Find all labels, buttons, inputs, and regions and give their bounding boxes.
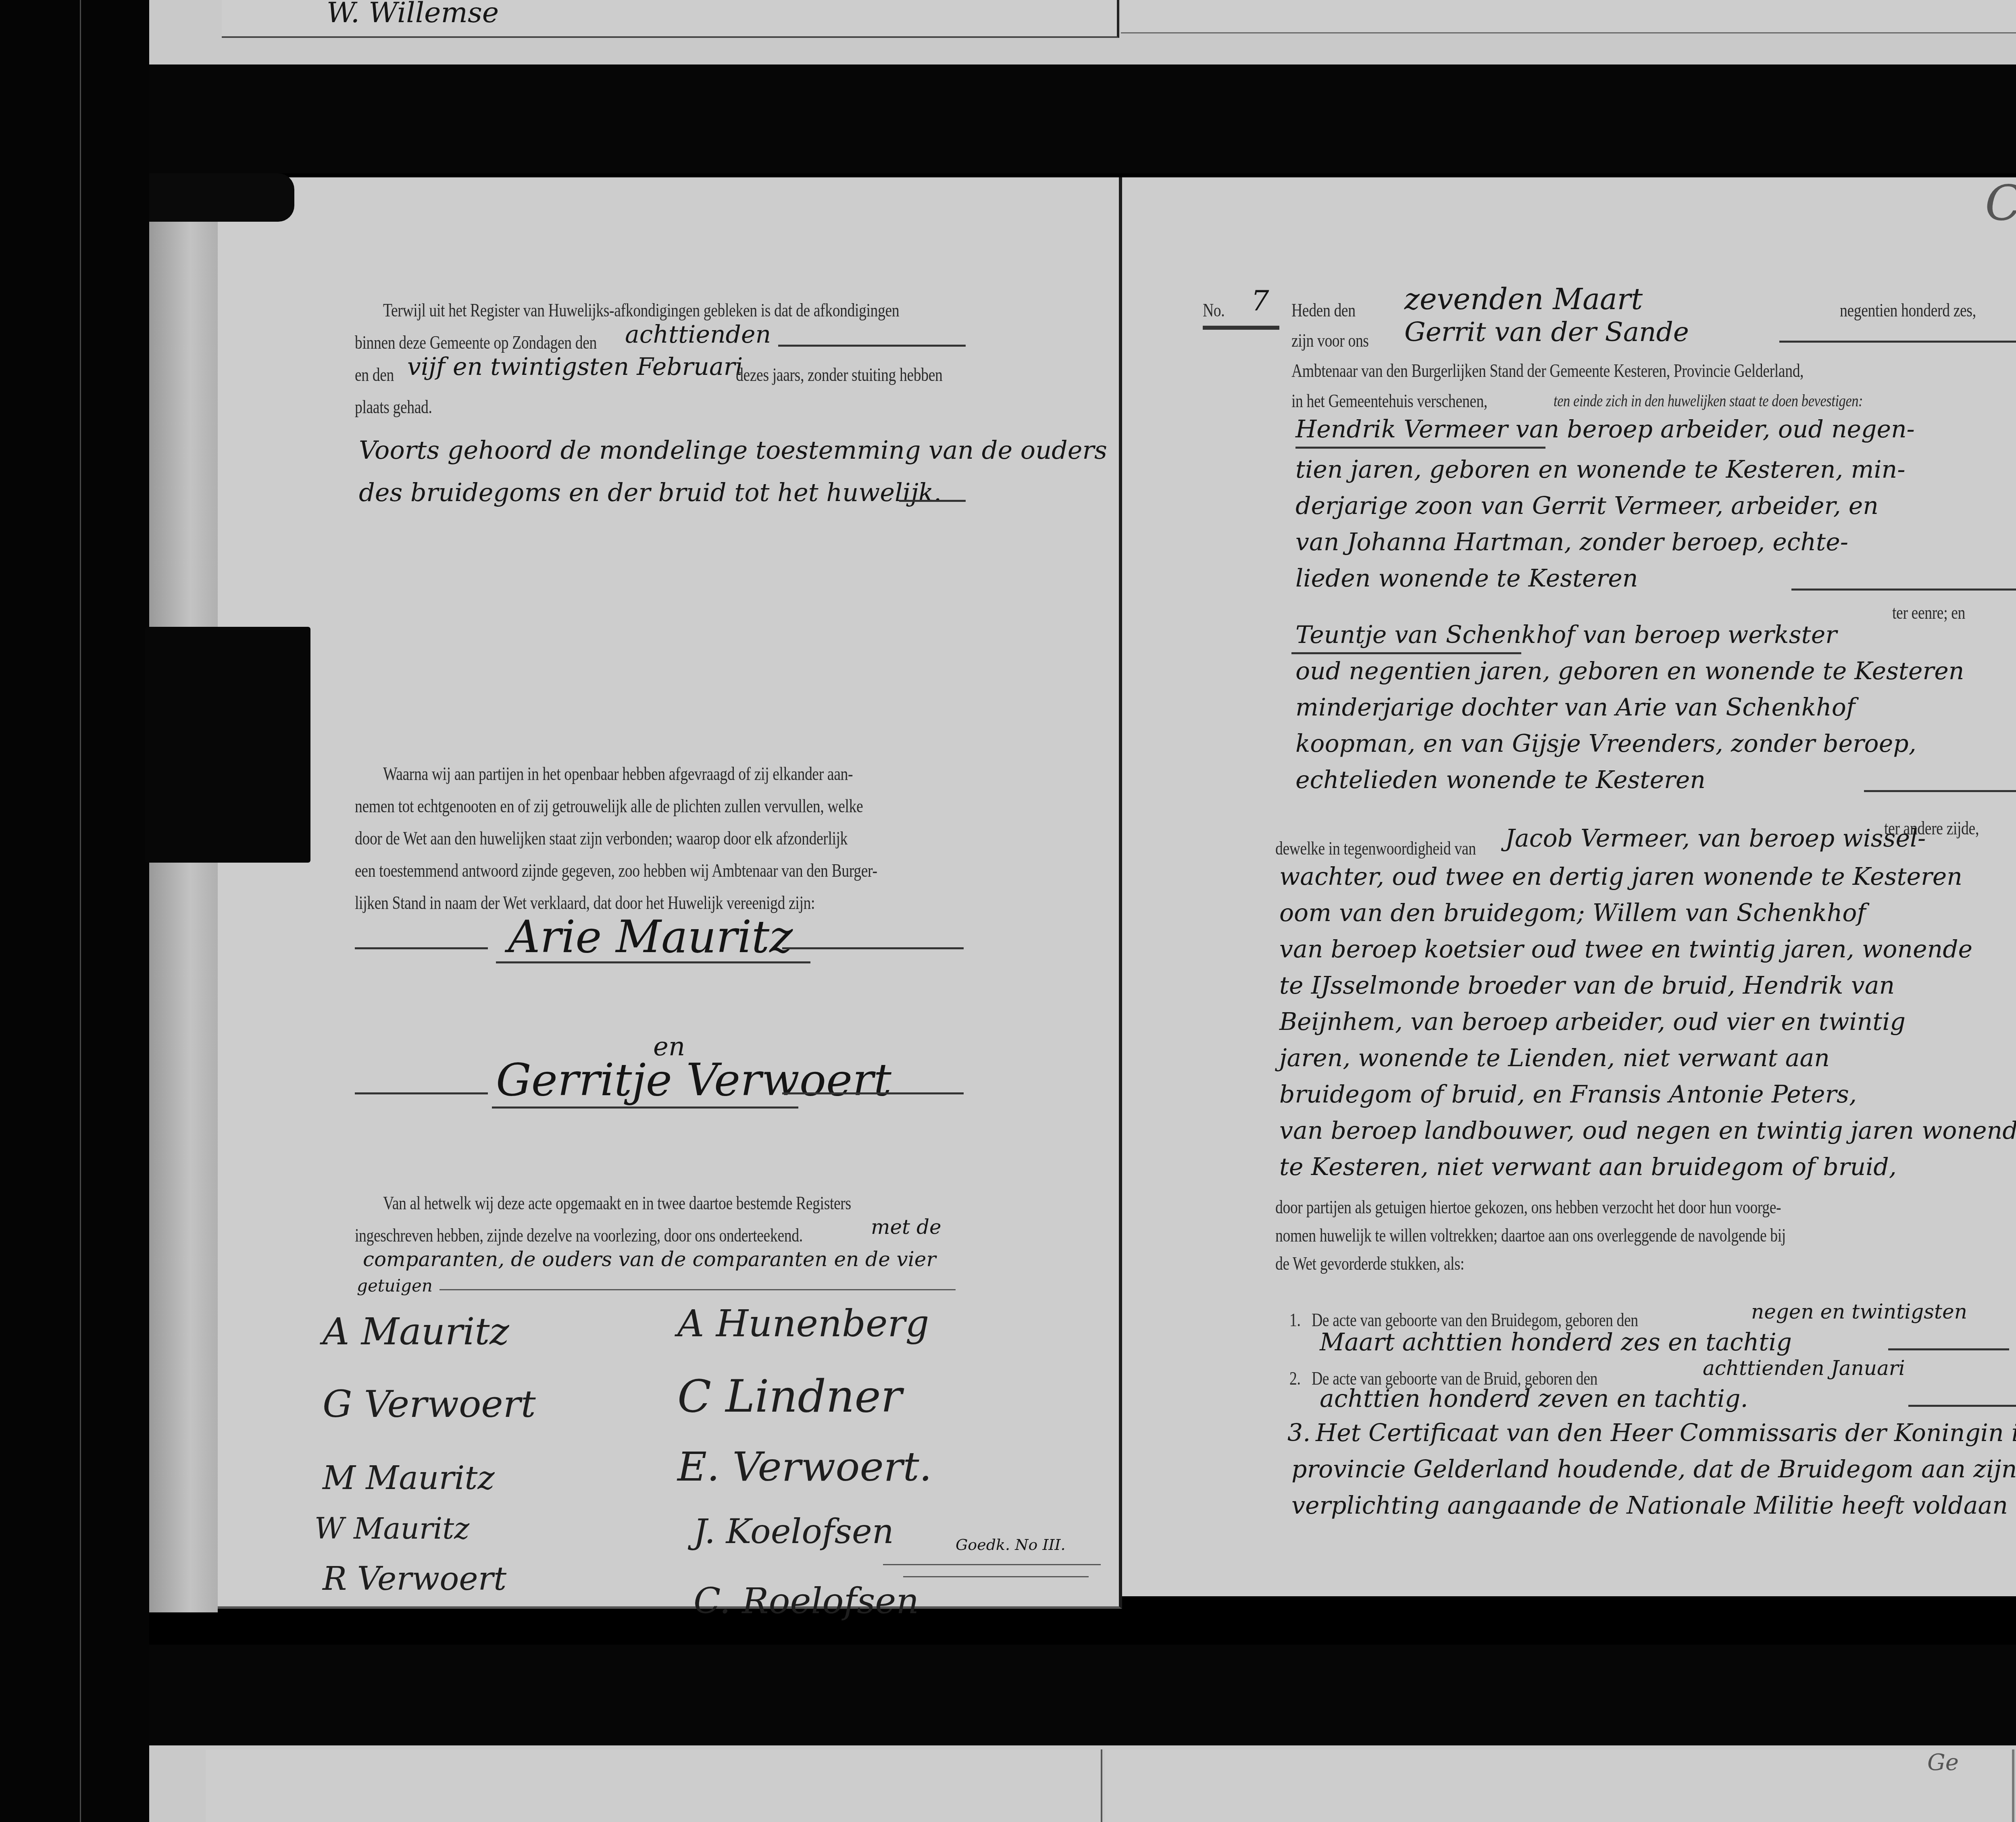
proclamation-date-1: achttienden	[625, 320, 771, 349]
groom-line-1: Hendrik Vermeer van beroep arbeider, oud…	[1295, 415, 1915, 443]
ter-eenre: ter eenre; en	[1892, 597, 1965, 629]
heading-line-1-prefix: Heden den	[1291, 294, 1356, 327]
witness-line-5: te IJsselmonde broeder van de bruid, Hen…	[1279, 971, 1895, 1000]
witness-line-4: van beroep koetsier oud twee en twintig …	[1279, 935, 1972, 963]
name-rule-left	[355, 947, 488, 949]
act-number-underline	[1203, 326, 1279, 330]
bride-name: Gerritje Verwoert	[496, 1054, 891, 1106]
fill-line	[1779, 341, 2016, 343]
heading-line-3: Ambtenaar van den Burgerlijken Stand der…	[1291, 355, 1804, 387]
declaration-line-1: Waarna wij aan partijen in het openbaar …	[383, 758, 853, 790]
closing-hand-1: met de	[871, 1215, 941, 1239]
signature-witness-4: J. Koelofsen	[694, 1512, 894, 1551]
witness-line-6: Beijnhem, van beroep arbeider, oud vier …	[1279, 1008, 1906, 1036]
groom-name: Arie Mauritz	[508, 911, 793, 963]
bride-line-2: oud negentien jaren, geboren en wonende …	[1295, 657, 1964, 685]
name-rule-right	[782, 1092, 964, 1094]
witness-intro: dewelke in tegenwoordigheid van	[1275, 832, 1476, 865]
frame-separator-top	[149, 64, 2016, 173]
act-number-label: No.	[1203, 294, 1225, 327]
name-rule-right	[782, 947, 964, 949]
request-line-3: de Wet gevorderde stukken, als:	[1275, 1248, 1464, 1280]
name-underline	[496, 961, 810, 963]
witness-line-2: wachter, oud twee en dertig jaren wonend…	[1279, 863, 1962, 891]
closing-hand-3: getuigen	[357, 1276, 433, 1296]
name-underline	[492, 1107, 798, 1109]
signature-official: C. Roelofsen	[694, 1580, 919, 1622]
heading-line-1-suffix: negentien honderd zes,	[1840, 294, 1976, 327]
civil-officer-name: Gerrit van der Sande	[1404, 316, 1689, 347]
witness-line-1: Jacob Vermeer, van beroep wissel-	[1505, 824, 1926, 853]
document-2-number: 2.	[1289, 1362, 1300, 1395]
bride-line-3: minderjarige dochter van Arie van Schenk…	[1295, 693, 1855, 722]
signature-parent-3: R Verwoert	[323, 1560, 506, 1597]
document-3-hand-1: Het Certificaat van den Heer Commissaris…	[1316, 1419, 2016, 1447]
heading-line-2-prefix: zijn voor ons	[1291, 324, 1369, 357]
act-number: 7	[1251, 284, 1269, 317]
previous-frame-strip: W. Willemse	[149, 0, 2016, 64]
document-2-hand-2: achttien honderd zeven en tachtig.	[1320, 1385, 1748, 1413]
closing-hand-2: comparanten, de ouders van de comparante…	[363, 1248, 936, 1271]
book-binding	[149, 177, 218, 1612]
fill-line	[778, 345, 966, 347]
film-edge-line	[80, 0, 81, 1822]
previous-right-page	[1121, 0, 2016, 33]
fill-line	[1864, 790, 2016, 792]
groom-name-underline	[1295, 447, 1545, 449]
groom-line-2: tien jaren, geboren en wonende te Kester…	[1295, 455, 1906, 484]
closing-line-1: Van al hetwelk wij deze acte opgemaakt e…	[383, 1187, 851, 1219]
signature-groom: A Mauritz	[323, 1310, 509, 1353]
binding-tab	[145, 627, 310, 863]
heading-line-4-italic: ten einde zich in den huwelijken staat t…	[1554, 385, 1863, 417]
name-rule-left	[355, 1092, 488, 1094]
witness-line-3: oom van den bruidegom; Willem van Schenk…	[1279, 899, 1866, 927]
proclamation-line-3-suffix: dezes jaars, zonder stuiting hebben	[736, 359, 943, 391]
signature-bride: G Verwoert	[323, 1383, 536, 1426]
declaration-line-3: door de Wet aan den huwelijken staat zij…	[355, 822, 848, 855]
groom-line-4: van Johanna Hartman, zonder beroep, echt…	[1295, 528, 1848, 556]
document-3-number: 3.	[1287, 1419, 1310, 1447]
previous-signature: W. Willemse	[327, 0, 499, 29]
document-3-hand-3: verplichting aangaande de Nationale Mili…	[1291, 1491, 2008, 1520]
previous-left-page: W. Willemse	[222, 0, 1119, 38]
signature-witness-1: A Hunenberg	[677, 1302, 929, 1345]
flourish-line	[883, 1564, 1101, 1565]
bride-name-underline	[1291, 652, 1521, 654]
right-page: C No. 7 Heden den zevenden Maart negenti…	[1122, 177, 2016, 1596]
fill-line	[439, 1289, 956, 1290]
proclamation-date-2: vijf en twintigsten Februari	[407, 353, 743, 381]
witness-line-9: van beroep landbouwer, oud negen en twin…	[1279, 1117, 2016, 1145]
margin-note: Goedk. No III.	[956, 1536, 1066, 1554]
corner-mark: C	[1985, 175, 2016, 231]
fill-line	[1791, 589, 2016, 591]
declaration-line-4: een toestemmend antwoord zijnde gegeven,…	[355, 855, 877, 887]
document-3-hand-2: provincie Gelderland houdende, dat de Br…	[1291, 1455, 2016, 1483]
document-1-hand-1: negen en twintigsten	[1751, 1300, 1967, 1323]
bride-line-5: echtelieden wonende te Kesteren	[1295, 766, 1706, 794]
signature-witness-2: C Lindner	[677, 1371, 902, 1422]
marriage-date: zevenden Maart	[1404, 282, 1643, 316]
bride-line-4: koopman, en van Gijsje Vreenders, zonder…	[1295, 730, 1916, 758]
groom-line-5: lieden wonende te Kesteren	[1295, 564, 1638, 593]
bride-line-1: Teuntje van Schenkhof van beroep werkste…	[1295, 621, 1837, 649]
witness-line-8: bruidegom of bruid, en Fransis Antonie P…	[1279, 1080, 1857, 1109]
document-2-hand-1: achttienden Januari	[1703, 1356, 1905, 1380]
heading-line-4-prefix: in het Gemeentehuis verschenen,	[1291, 385, 1487, 417]
next-right-page: Ge	[1105, 1749, 2014, 1822]
request-line-1: door partijen als getuigen hiertoe gekoz…	[1275, 1191, 1781, 1223]
proclamation-line-4: plaats gehad.	[355, 391, 432, 423]
groom-line-3: derjarige zoon van Gerrit Vermeer, arbei…	[1295, 492, 1879, 520]
signature-parent-2: W Mauritz	[314, 1512, 469, 1545]
declaration-line-2: nemen tot echtgenooten en of zij getrouw…	[355, 790, 863, 822]
film-border-left	[0, 0, 149, 1822]
flourish-line	[903, 1576, 1089, 1577]
document-1-number: 1.	[1289, 1304, 1300, 1336]
next-left-page	[206, 1749, 1102, 1822]
witness-line-10: te Kesteren, niet verwant aan bruidegom …	[1279, 1153, 1897, 1181]
binding-clip	[149, 173, 294, 222]
fill-line	[1888, 1348, 2009, 1350]
request-line-2: nomen huwelijk te willen voltrekken; daa…	[1275, 1219, 1786, 1252]
signature-witness-3: E. Verwoert.	[677, 1443, 932, 1490]
document-1-hand-2: Maart achttien honderd zes en tachtig	[1320, 1328, 1792, 1356]
consent-note-line-1: Voorts gehoord de mondelinge toestemming…	[359, 435, 1107, 465]
consent-note-line-2: des bruidegoms en der bruid tot het huwe…	[359, 478, 941, 507]
proclamation-line-3-prefix: en den	[355, 359, 394, 391]
closing-line-2: ingeschreven hebben, zijnde dezelve na v…	[355, 1219, 803, 1252]
fill-line	[899, 500, 966, 502]
signature-parent-1: M Mauritz	[323, 1459, 495, 1497]
next-frame-strip: Ge	[149, 1745, 2016, 1822]
witness-line-7: jaren, wonende te Lienden, niet verwant …	[1279, 1044, 1830, 1072]
fill-line	[1908, 1405, 2016, 1407]
left-page: Terwijl uit het Register van Huwelijks-a…	[218, 177, 1122, 1609]
frame-separator-bottom	[149, 1645, 2016, 1745]
next-frame-mark: Ge	[1927, 1749, 1959, 1776]
